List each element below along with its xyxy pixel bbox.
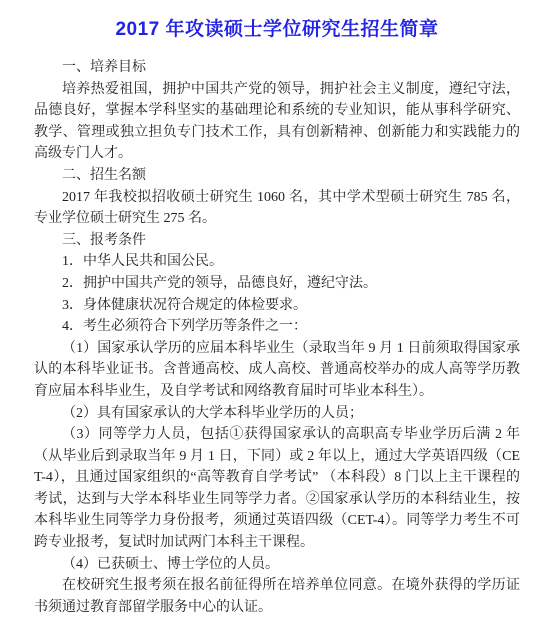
qualification-item-1: （1）国家承认学历的应届本科毕业生（录取当年 9 月 1 日前须取得国家承认的本… (34, 338, 520, 403)
section-heading-training-objectives: 一、培养目标 (34, 57, 520, 79)
qualification-item-2: （2）具有国家承认的大学本科毕业学历的人员； (34, 403, 520, 425)
paragraph-enrollment-quota: 2017 年我校拟招收硕士研究生 1060 名，其中学术型硕士研究生 785 名… (34, 187, 520, 230)
section-heading-enrollment-quota: 二、招生名额 (34, 165, 520, 187)
section-heading-application-requirements: 三、报考条件 (34, 230, 520, 252)
qualification-item-3: （3）同等学力人员，包括①获得国家承认的高职高专毕业学历后满 2 年（从毕业后到… (34, 424, 520, 554)
document-page: 2017 年攻读硕士学位研究生招生简章 一、培养目标 培养热爱祖国，拥护中国共产… (0, 0, 550, 618)
requirement-item-2: 2．拥护中国共产党的领导，品德良好，遵纪守法。 (34, 273, 520, 295)
requirement-item-3: 3．身体健康状况符合规定的体检要求。 (34, 295, 520, 317)
requirement-item-4: 4．考生必须符合下列学历等条件之一： (34, 316, 520, 338)
document-title: 2017 年攻读硕士学位研究生招生简章 (34, 14, 520, 41)
qualification-item-4: （4）已获硕士、博士学位的人员。 (34, 554, 520, 576)
paragraph-additional-notes: 在校研究生报考须在报名前征得所在培养单位同意。在境外获得的学历证书须通过教育部留… (34, 575, 520, 618)
requirement-item-1: 1．中华人民共和国公民。 (34, 251, 520, 273)
paragraph-training-objectives: 培养热爱祖国，拥护中国共产党的领导，拥护社会主义制度，遵纪守法，品德良好，掌握本… (34, 79, 520, 165)
